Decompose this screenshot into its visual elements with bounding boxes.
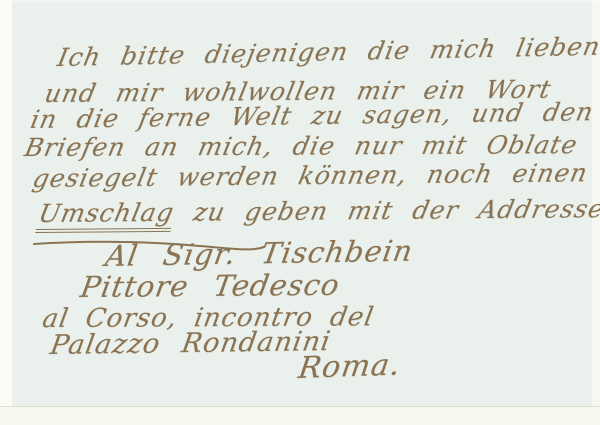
handwriting-line-4: Briefen an mich, die nur mit Oblate bbox=[22, 131, 580, 163]
address-line-4: Palazzo Rondanini bbox=[48, 326, 333, 361]
underlined-word: Umschlag bbox=[35, 198, 177, 233]
letter-scan: Ich bitte diejenigen die mich lieben und… bbox=[0, 0, 600, 425]
scan-bottom-strip bbox=[0, 406, 600, 425]
scan-edge-left bbox=[0, 0, 12, 425]
address-line-2: Pittore Tedesco bbox=[78, 269, 342, 305]
handwriting-line-6: Umschlag zu geben mit der Addresse. bbox=[36, 195, 600, 229]
handwriting-line-5: gesiegelt werden können, noch einen bbox=[30, 159, 590, 194]
city-line: Roma. bbox=[296, 348, 403, 386]
handwriting-line-3: in die ferne Welt zu sagen, und den bbox=[28, 98, 596, 135]
line6-rest: zu geben mit der Addresse. bbox=[191, 194, 600, 227]
handwriting-line-1: Ich bitte diejenigen die mich lieben bbox=[55, 33, 600, 73]
scan-edge-top bbox=[0, 0, 600, 3]
